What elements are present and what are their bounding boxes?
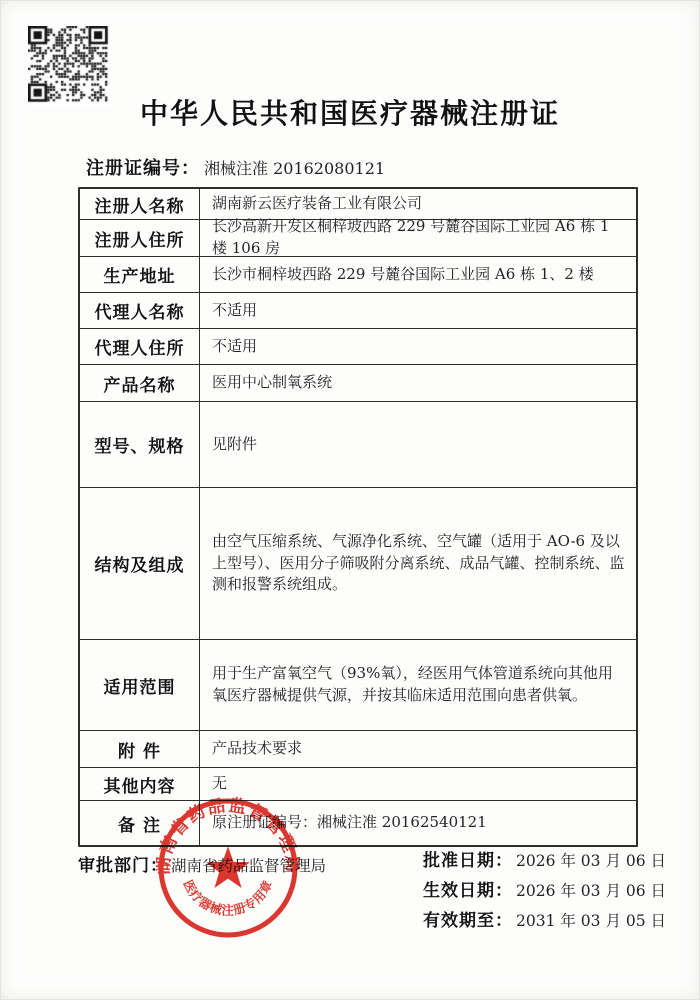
approval-date-line: 批准日期：2026 年 03 月 06 日 <box>423 846 666 876</box>
registration-number-label: 注册证编号： <box>86 158 200 179</box>
row-value: 产品技术要求 <box>200 731 636 767</box>
row-value: 不适用 <box>200 329 636 364</box>
row-value: 医用中心制氧系统 <box>200 365 636 401</box>
row-label: 型号、规格 <box>80 402 200 487</box>
table-row: 代理人名称 不适用 <box>80 293 636 329</box>
row-label: 注册人名称 <box>80 189 200 219</box>
table-row: 附 件 产品技术要求 <box>80 731 636 768</box>
approval-date-label: 批准日期： <box>423 851 513 871</box>
row-label: 注册人住所 <box>80 220 200 256</box>
certificate-table: 注册人名称 湖南新云医疗装备工业有限公司 注册人住所 长沙高新开发区桐梓坡西路 … <box>78 187 638 847</box>
table-row: 产品名称 医用中心制氧系统 <box>80 365 636 402</box>
table-row: 结构及组成 由空气压缩系统、气源净化系统、空气罐（适用于 AO-6 及以上型号）… <box>80 488 636 640</box>
approval-date-value: 2026 年 03 月 06 日 <box>516 852 666 870</box>
row-label: 适用范围 <box>80 640 200 730</box>
svg-text:医疗器械注册专用章: 医疗器械注册专用章 <box>181 877 276 917</box>
table-row: 代理人住所 不适用 <box>80 329 636 365</box>
row-value: 不适用 <box>200 293 636 328</box>
row-label: 生产地址 <box>80 257 200 292</box>
expiry-date-line: 有效期至：2031 年 03 月 05 日 <box>423 906 666 936</box>
expiry-date-label: 有效期至： <box>423 911 513 931</box>
registration-number-line: 注册证编号：湘械注准 20162080121 <box>86 154 385 180</box>
table-row: 型号、规格 见附件 <box>80 402 636 488</box>
registration-number-value: 湘械注准 20162080121 <box>204 159 385 178</box>
table-row: 注册人住所 长沙高新开发区桐梓坡西路 229 号麓谷国际工业园 A6 栋 1 楼… <box>80 220 636 257</box>
table-row: 生产地址 长沙市桐梓坡西路 229 号麓谷国际工业园 A6 栋 1、2 楼 <box>80 257 636 293</box>
official-red-seal: 湖南省药品监督管理局 医疗器械注册专用章 <box>156 794 300 942</box>
date-block: 批准日期：2026 年 03 月 06 日 生效日期：2026 年 03 月 0… <box>423 846 666 936</box>
table-row: 适用范围 用于生产富氧空气（93%氧），经医用气体管道系统向其他用氧医疗器械提供… <box>80 640 636 731</box>
certificate-title: 中华人民共和国医疗器械注册证 <box>0 92 700 132</box>
certificate-page: 中华人民共和国医疗器械注册证 注册证编号：湘械注准 20162080121 注册… <box>0 0 700 1000</box>
row-value: 长沙高新开发区桐梓坡西路 229 号麓谷国际工业园 A6 栋 1 楼 106 房 <box>200 220 636 256</box>
row-label: 结构及组成 <box>80 488 200 639</box>
effective-date-line: 生效日期：2026 年 03 月 06 日 <box>423 876 666 906</box>
row-value: 长沙市桐梓坡西路 229 号麓谷国际工业园 A6 栋 1、2 楼 <box>200 257 636 292</box>
row-value: 由空气压缩系统、气源净化系统、空气罐（适用于 AO-6 及以上型号）、医用分子筛… <box>200 488 636 639</box>
expiry-date-value: 2031 年 03 月 05 日 <box>516 912 666 930</box>
row-value: 见附件 <box>200 402 636 487</box>
effective-date-label: 生效日期： <box>423 881 513 901</box>
row-label: 代理人名称 <box>80 293 200 328</box>
seal-star-icon <box>206 846 250 888</box>
row-value: 湖南新云医疗装备工业有限公司 <box>200 189 636 219</box>
row-label: 代理人住所 <box>80 329 200 364</box>
row-value: 用于生产富氧空气（93%氧），经医用气体管道系统向其他用氧医疗器械提供气源，并按… <box>200 640 636 730</box>
seal-bottom-text: 医疗器械注册专用章 <box>181 877 276 917</box>
row-label: 附 件 <box>80 731 200 767</box>
approval-department-label: 审批部门： <box>78 856 168 876</box>
effective-date-value: 2026 年 03 月 06 日 <box>516 882 666 900</box>
row-label: 产品名称 <box>80 365 200 401</box>
